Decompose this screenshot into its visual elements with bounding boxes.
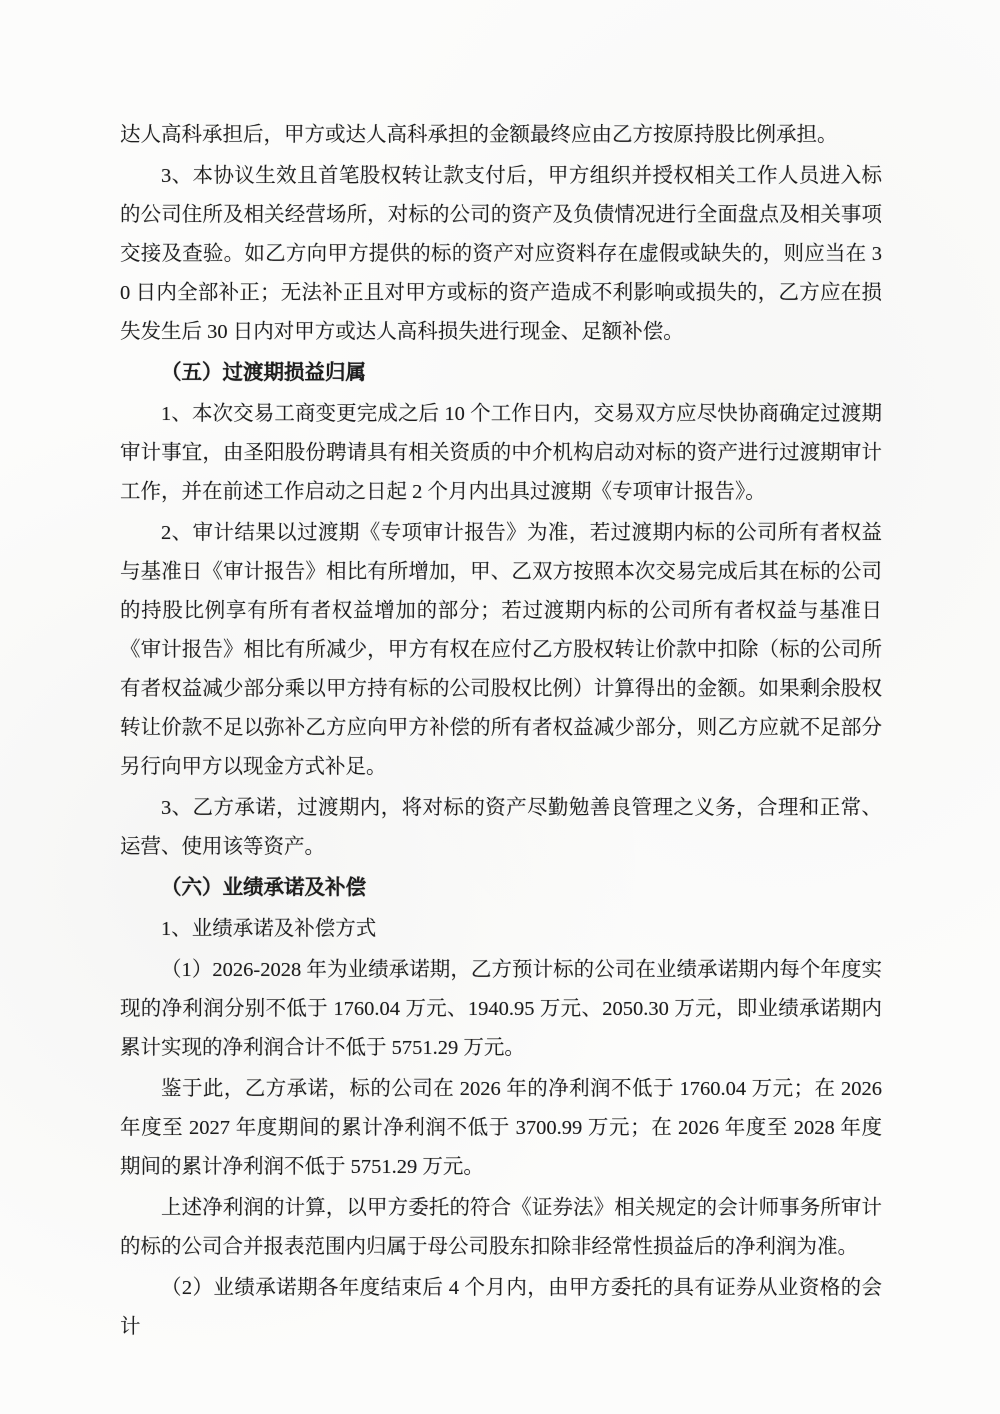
paragraph-clause-6-1-2: （2）业绩承诺期各年度结束后 4 个月内，由甲方委托的具有证券从业资格的会计 (120, 1269, 882, 1347)
paragraph-clause-3: 3、本协议生效且首笔股权转让款支付后，甲方组织并授权相关工作人员进入标的公司住所… (120, 157, 882, 352)
document-page: 达人高科承担后，甲方或达人高科承担的金额最终应由乙方按原持股比例承担。 3、本协… (0, 0, 1000, 1414)
paragraph-clause-5-3: 3、乙方承诺，过渡期内，将对标的资产尽勤勉善良管理之义务，合理和正常、运营、使用… (120, 789, 882, 867)
section-heading-5-transition-pnl: （五）过渡期损益归属 (120, 354, 882, 393)
paragraph-clause-6-1: 1、业绩承诺及补偿方式 (120, 910, 882, 949)
document-text-block: 达人高科承担后，甲方或达人高科承担的金额最终应由乙方按原持股比例承担。 3、本协… (120, 116, 882, 1349)
paragraph-net-profit-basis: 上述净利润的计算，以甲方委托的符合《证券法》相关规定的会计师事务所审计的标的公司… (120, 1189, 882, 1267)
paragraph-continuation: 达人高科承担后，甲方或达人高科承担的金额最终应由乙方按原持股比例承担。 (120, 116, 882, 155)
paragraph-commitment-detail: 鉴于此，乙方承诺，标的公司在 2026 年的净利润不低于 1760.04 万元；… (120, 1070, 882, 1187)
paragraph-clause-5-2: 2、审计结果以过渡期《专项审计报告》为准，若过渡期内标的公司所有者权益与基准日《… (120, 514, 882, 787)
paragraph-clause-5-1: 1、本次交易工商变更完成之后 10 个工作日内，交易双方应尽快协商确定过渡期审计… (120, 395, 882, 512)
section-heading-6-performance: （六）业绩承诺及补偿 (120, 869, 882, 908)
paragraph-clause-6-1-1: （1）2026-2028 年为业绩承诺期，乙方预计标的公司在业绩承诺期内每个年度… (120, 951, 882, 1068)
